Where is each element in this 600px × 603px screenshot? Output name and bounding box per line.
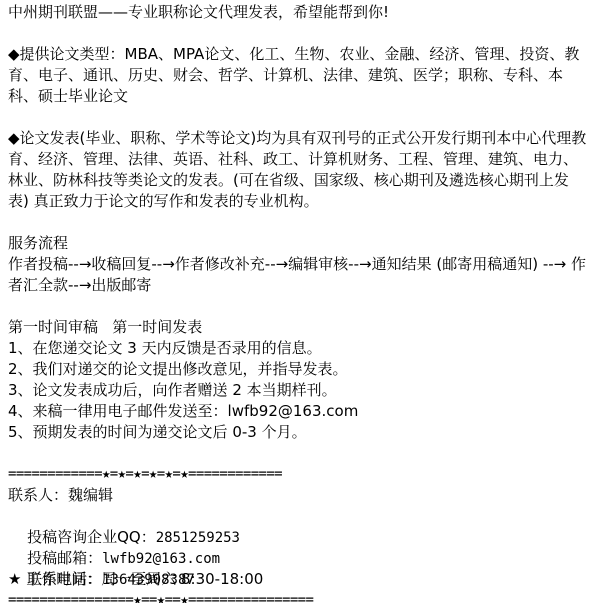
promise-item-2: 2、我们对递交的论文提出修改意见，并指导发表。 [8,359,592,380]
publication-paragraph: ◆论文发表(毕业、职称、学术等论文)均为具有双刊号的正式公开发行期刊本中心代理教… [8,128,588,212]
email-label: 投稿邮箱： [27,549,102,567]
service-flow-title: 服务流程 [8,233,592,254]
qq-label: 投稿咨询企业QQ： [27,528,156,546]
qq-number[interactable]: 2851259253 [156,530,240,546]
divider-bottom: ================★==★==★================ [8,590,592,603]
paper-types-paragraph: ◆提供论文类型：MBA、MPA论文、化工、生物、农业、金融、经济、管理、投资、教… [8,44,588,107]
divider-top: ============★=★=★=★=★=★============ [8,464,592,485]
spacer [8,107,592,128]
contact-qq-row: 投稿咨询企业QQ：2851259253 [8,506,592,527]
spacer [8,23,592,44]
headline: 中州期刊联盟——专业职称论文代理发表，希望能帮到你! [8,2,592,23]
email-address[interactable]: lwfb92@163.com [102,551,220,567]
contact-person: 联系人：魏编辑 [8,485,592,506]
promise-item-5: 5、预期发表的时间为递交论文后 0-3 个月。 [8,422,592,443]
spacer [8,296,592,317]
promise-item-4: 4、来稿一律用电子邮件发送至：lwfb92@163.com [8,401,592,422]
spacer [8,443,592,464]
promise-item-3: 3、论文发表成功后，向作者赠送 2 本当期样刊。 [8,380,592,401]
work-hours: ★ 工作时间：周一至周六 8:30-18:00 [8,569,592,590]
promise-title: 第一时间审稿 第一时间发表 [8,317,592,338]
promise-item-1: 1、在您递交论文 3 天内反馈是否录用的信息。 [8,338,592,359]
service-flow-steps: 作者投稿--→收稿回复--→作者修改补充--→编辑审核--→通知结果 (邮寄用稿… [8,254,588,296]
document-page: 中州期刊联盟——专业职称论文代理发表，希望能帮到你! ◆提供论文类型：MBA、M… [0,0,592,603]
spacer [8,212,592,233]
